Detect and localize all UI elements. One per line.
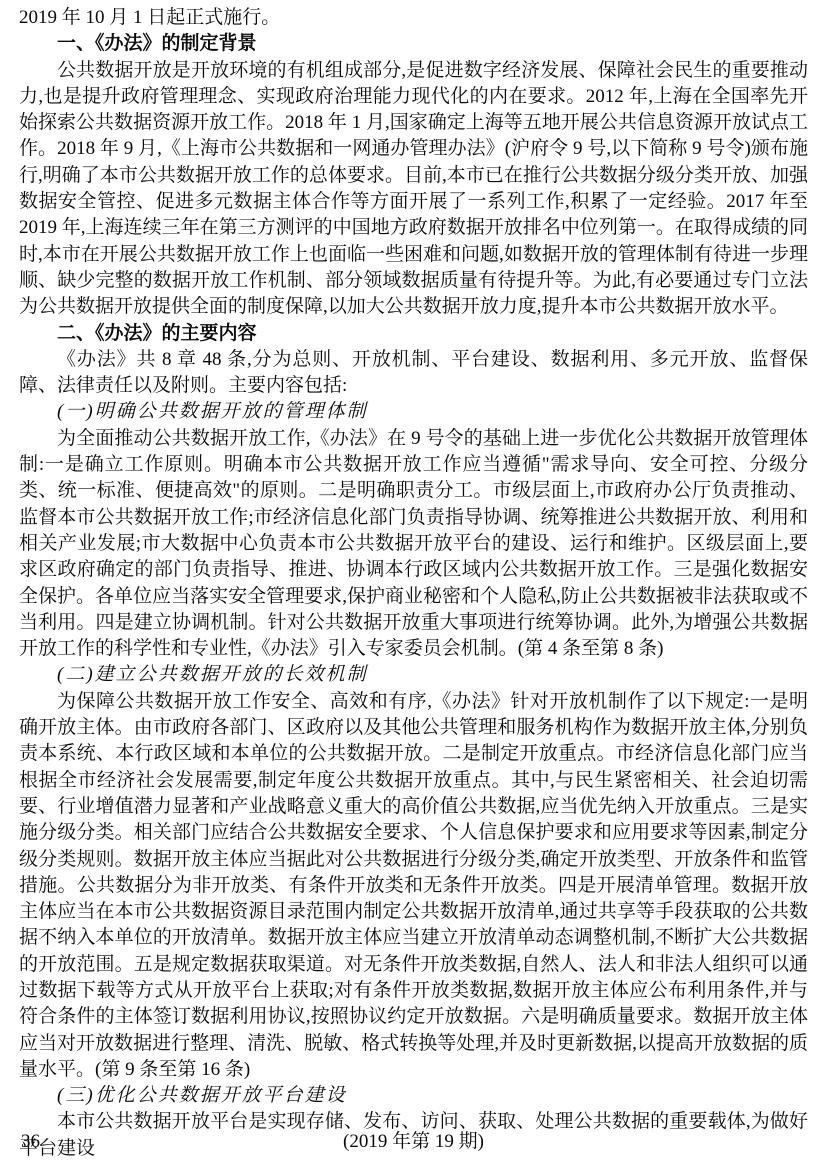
paragraph-management-system: 为全面推动公共数据开放工作,《办法》在 9 号令的基础上进一步优化公共数据开放管… xyxy=(19,426,808,663)
paragraph-background: 公共数据开放是开放环境的有机组成部分,是促进数字经济发展、保障社会民生的重要推动… xyxy=(19,58,808,321)
section-heading-main-content: 二、《办法》的主要内容 xyxy=(19,321,808,347)
subheading-long-term-mechanism: (二)建立公共数据开放的长效机制 xyxy=(19,662,808,688)
subheading-management-system: (一)明确公共数据开放的管理体制 xyxy=(19,399,808,425)
page-footer: 36 (2019 年第 19 期) xyxy=(19,1128,808,1155)
issue-label: (2019 年第 19 期) xyxy=(19,1128,808,1155)
section-heading-background: 一、《办法》的制定背景 xyxy=(19,31,808,57)
paragraph-overview: 《办法》共 8 章 48 条,分为总则、开放机制、平台建设、数据利用、多元开放、… xyxy=(19,347,808,400)
document-page: 2019 年 10 月 1 日起正式施行。 一、《办法》的制定背景 公共数据开放… xyxy=(0,0,827,1170)
paragraph-continuation: 2019 年 10 月 1 日起正式施行。 xyxy=(19,5,808,31)
paragraph-long-term-mechanism: 为保障公共数据开放工作安全、高效和有序,《办法》针对开放机制作了以下规定:一是明… xyxy=(19,689,808,1083)
subheading-platform-construction: (三)优化公共数据开放平台建设 xyxy=(19,1083,808,1109)
